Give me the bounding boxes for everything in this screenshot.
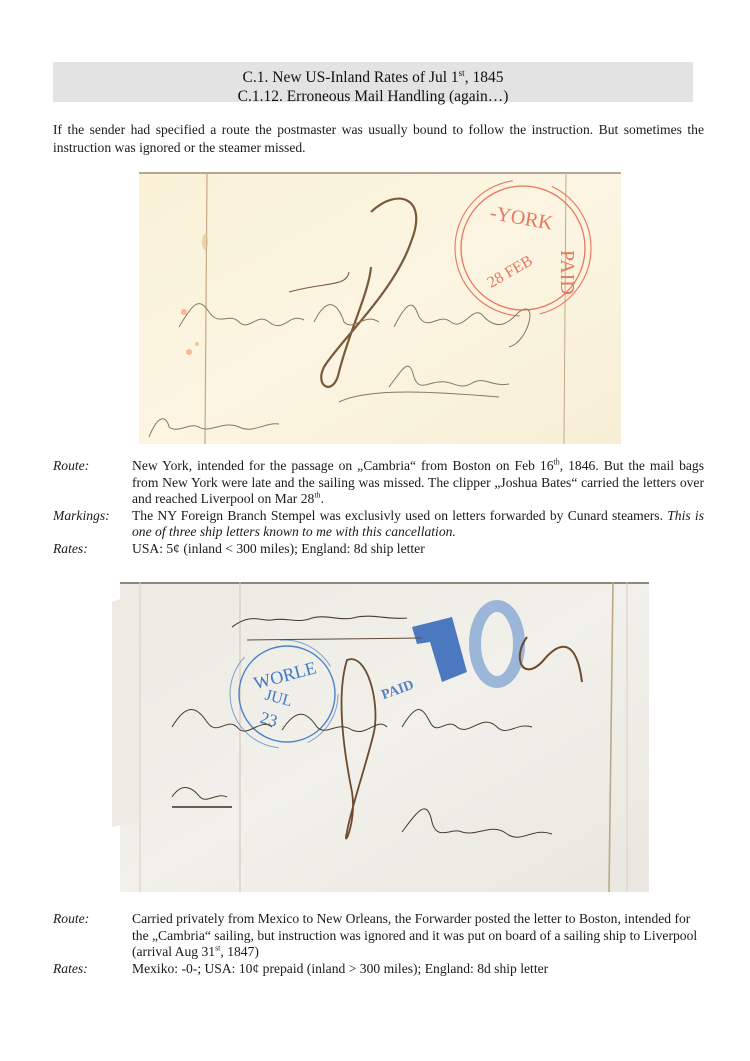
intro-paragraph: If the sender had specified a route the … — [53, 121, 704, 156]
markings-text: The NY Foreign Branch Stempel was exclus… — [132, 508, 704, 541]
cover-image-2: WORLE JUL 23 PAID No 164 — [112, 582, 649, 892]
header-title-line2: C.1.12. Erroneous Mail Handling (again…) — [53, 87, 693, 106]
rates-row: Rates: USA: 5¢ (inland < 300 miles); Eng… — [53, 541, 704, 558]
route-text: Carried privately from Mexico to New Orl… — [132, 911, 704, 961]
svg-text:PAID: PAID — [556, 250, 578, 295]
route-text: New York, intended for the passage on „C… — [132, 458, 704, 508]
markings-label: Markings: — [53, 508, 132, 541]
cover-image-1: -YORK 28 FEB PAID — [139, 172, 621, 444]
route-label: Route: — [53, 458, 132, 508]
cover-1-description: Route: New York, intended for the passag… — [53, 458, 704, 557]
route-row: Route: New York, intended for the passag… — [53, 458, 704, 508]
cover-1-illustration: -YORK 28 FEB PAID — [139, 172, 621, 444]
rates-label: Rates: — [53, 961, 132, 978]
page-header: C.1. New US-Inland Rates of Jul 1st, 184… — [53, 62, 693, 102]
cover-2-description: Route: Carried privately from Mexico to … — [53, 911, 704, 977]
cover-2-illustration: WORLE JUL 23 PAID No 164 — [112, 582, 649, 892]
route-label: Route: — [53, 911, 132, 961]
rates-row: Rates: Mexiko: -0-; USA: 10¢ prepaid (in… — [53, 961, 704, 978]
rates-label: Rates: — [53, 541, 132, 558]
rates-text: Mexiko: -0-; USA: 10¢ prepaid (inland > … — [132, 961, 704, 978]
route-row: Route: Carried privately from Mexico to … — [53, 911, 704, 961]
rates-text: USA: 5¢ (inland < 300 miles); England: 8… — [132, 541, 704, 558]
header-title-line1: C.1. New US-Inland Rates of Jul 1st, 184… — [53, 62, 693, 87]
markings-row: Markings: The NY Foreign Branch Stempel … — [53, 508, 704, 541]
